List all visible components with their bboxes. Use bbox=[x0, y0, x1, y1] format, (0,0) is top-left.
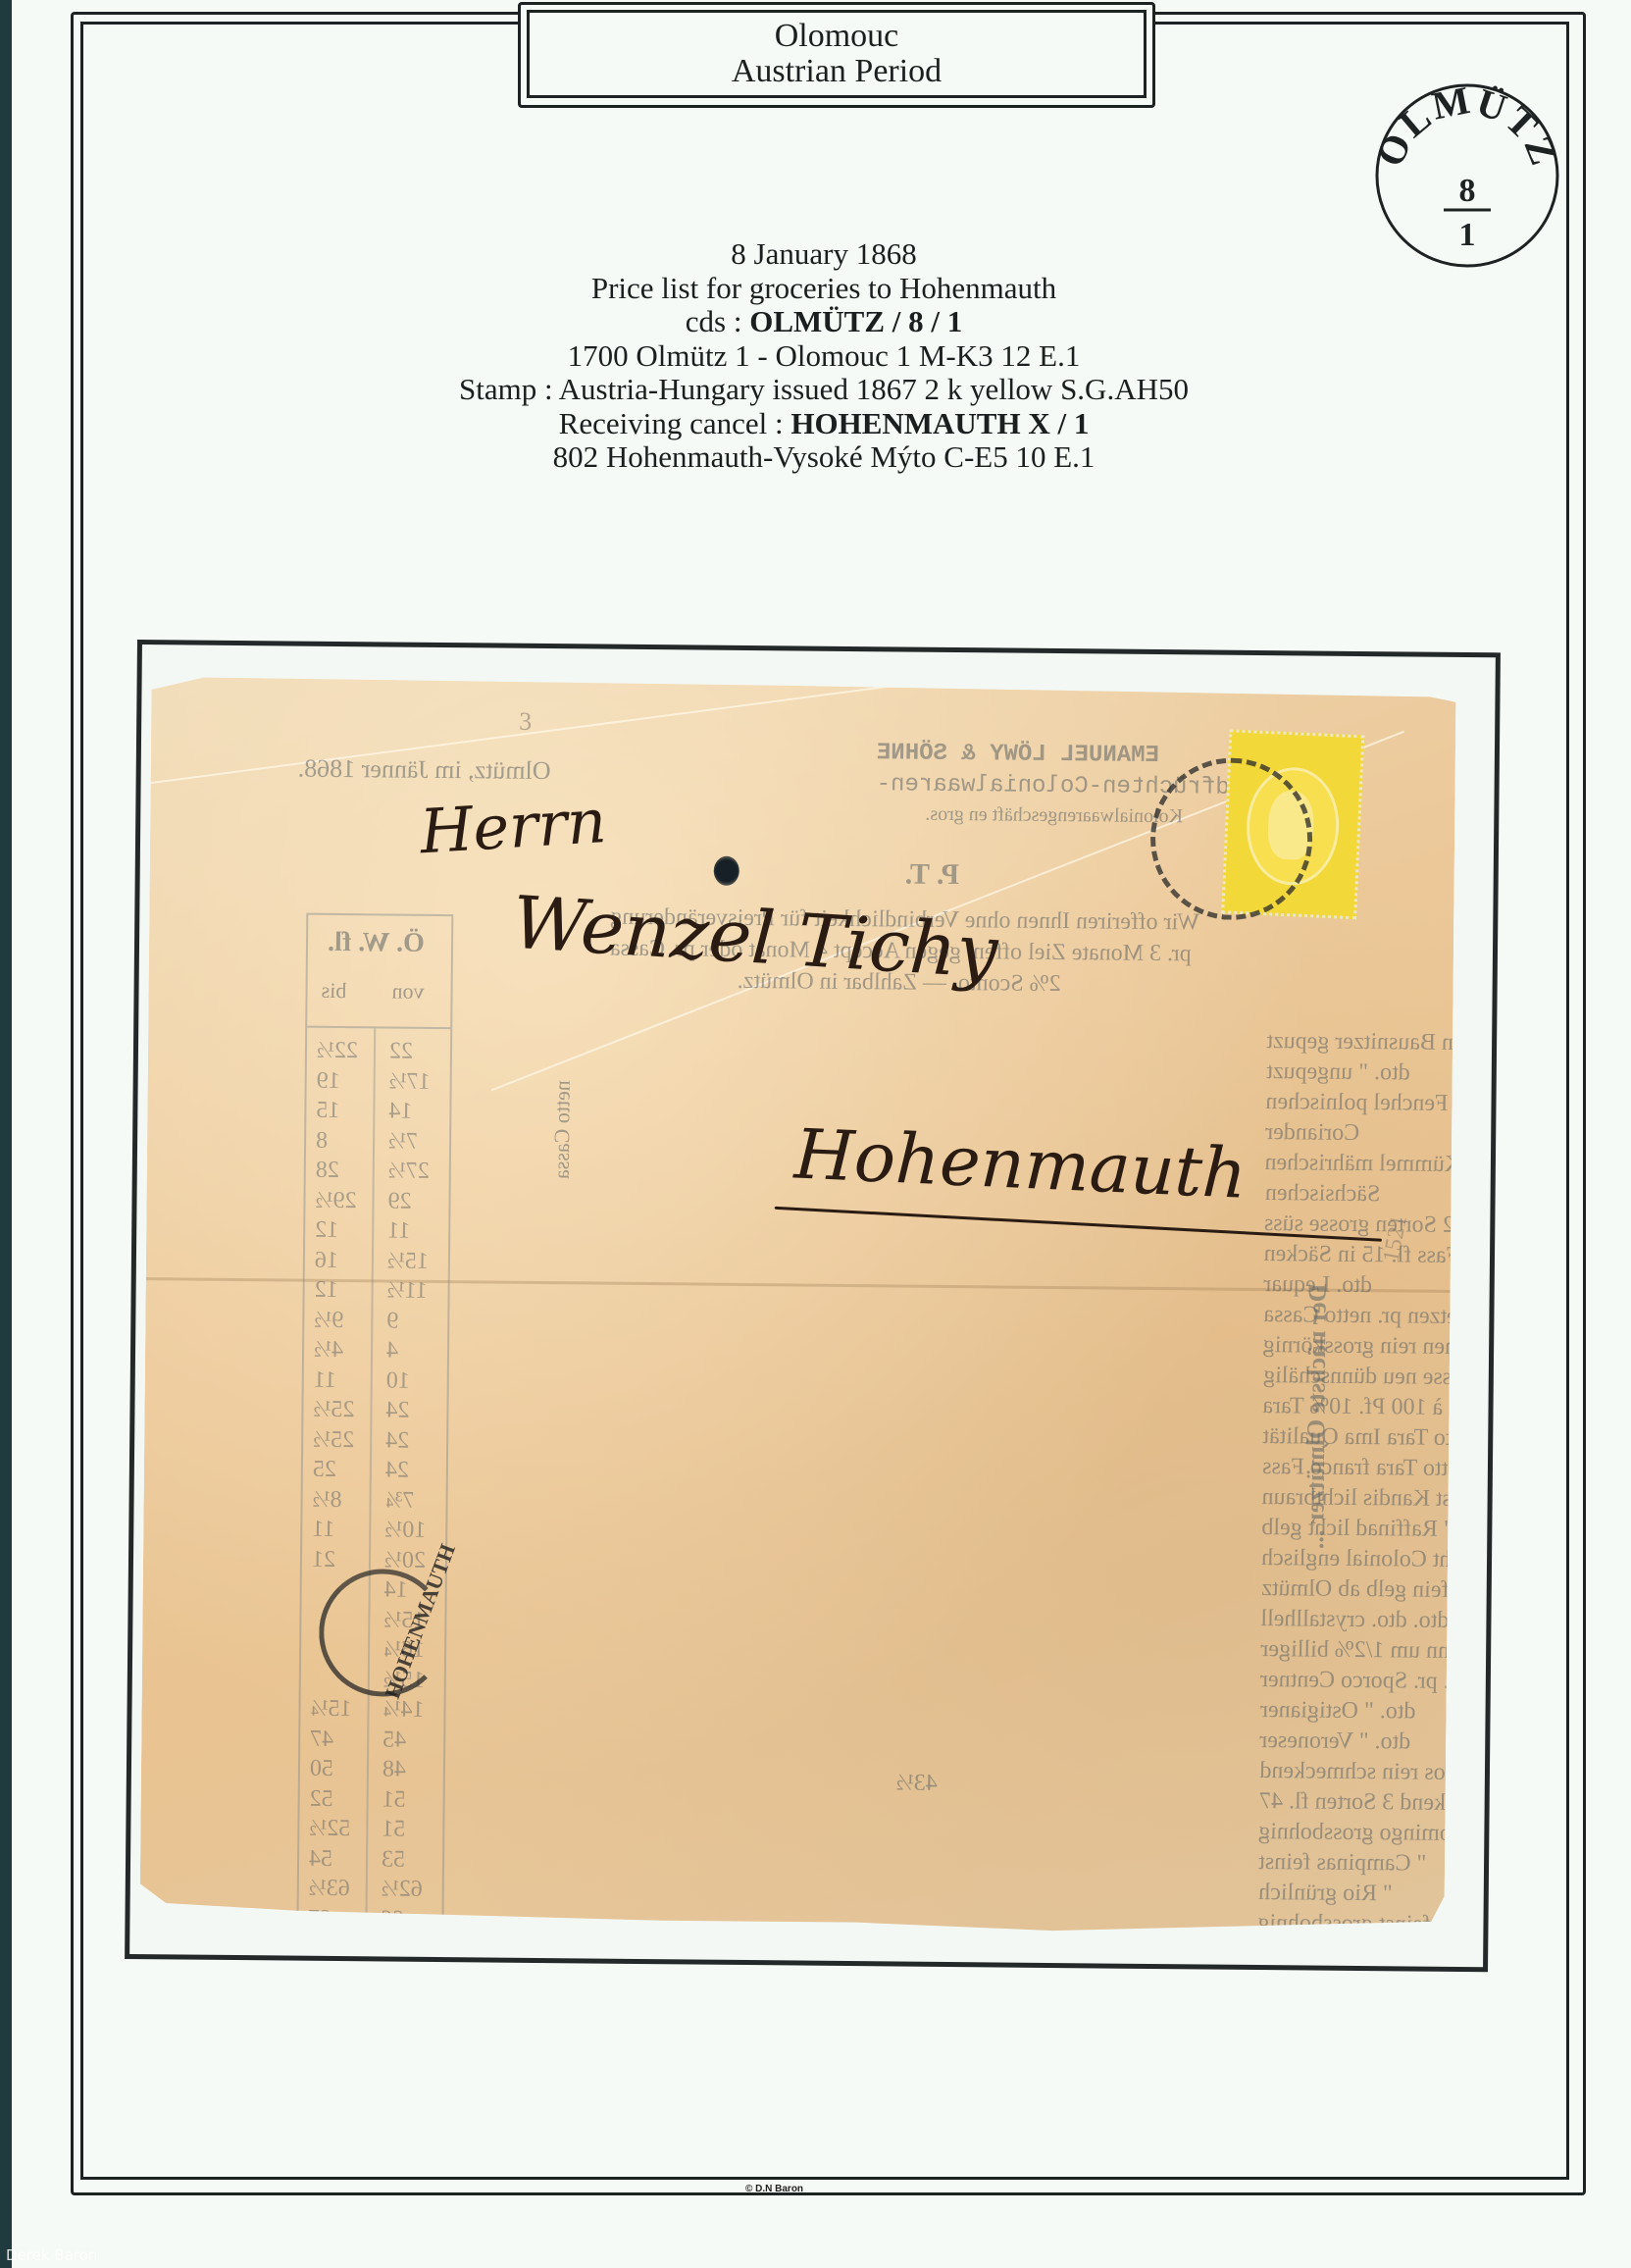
cover-item: Price list for groceries to Hohenmauth bbox=[255, 272, 1393, 306]
price-von-cell: 24 bbox=[385, 1397, 409, 1423]
price-list-line: " Campinas feinst bbox=[1258, 1849, 1426, 1878]
price-von-cell: 51 bbox=[382, 1816, 405, 1842]
price-von-cell: 11 bbox=[387, 1217, 410, 1244]
price-bis-cell: 54 bbox=[309, 1845, 332, 1872]
printed-place-date: Olmütz, im Jänner 1868. bbox=[298, 754, 551, 786]
price-list-line: Hanfsaamen rein grosskörnig bbox=[1263, 1332, 1456, 1362]
price-bis-cell: 12 bbox=[315, 1217, 338, 1244]
price-bis-cell: 21 bbox=[312, 1546, 335, 1572]
price-table-header: Ö. W. fl. von bis bbox=[307, 915, 451, 1029]
price-list-line: " Java bbox=[1257, 1940, 1315, 1947]
ink-blot bbox=[714, 856, 739, 886]
price-list-line: " Rio grünlich bbox=[1258, 1880, 1393, 1907]
price-list-line: Mohn pr. österr. Metzen pr. netto Cassa bbox=[1263, 1302, 1455, 1332]
price-von-cell: 51 bbox=[382, 1786, 406, 1813]
price-list-line: Honig licht gelb, fein in Fässeln à 100 … bbox=[1262, 1393, 1455, 1424]
price-von-cell: 14 bbox=[388, 1098, 412, 1124]
price-von-cell: 62½ bbox=[382, 1876, 423, 1902]
price-von-cell: 45 bbox=[382, 1727, 406, 1753]
price-von-cell: 66 bbox=[381, 1906, 404, 1933]
title-box: Olomouc Austrian Period bbox=[527, 10, 1147, 98]
price-table-col-bis: bis bbox=[321, 978, 346, 1004]
price-von-cell: 10½ bbox=[384, 1517, 426, 1543]
price-list-line: " Colombo feinst grossbohnig bbox=[1257, 1910, 1455, 1939]
price-von-cell: 10 bbox=[386, 1367, 410, 1394]
price-table-currency: Ö. W. fl. bbox=[328, 927, 425, 959]
watermark: Derek Baron bbox=[6, 2246, 97, 2264]
price-list-cover: EMANUEL LÖWY & SÖHNE Sudfrüchten-Colonia… bbox=[139, 664, 1455, 1947]
price-bis-cell: 28 bbox=[316, 1158, 339, 1184]
column-label: netto Cassa bbox=[549, 1080, 576, 1179]
cover-description: 8 January 1868 Price list for groceries … bbox=[255, 237, 1393, 475]
handwritten-destination: Hohenmauth bbox=[792, 1113, 1248, 1213]
cover-scan-frame: EMANUEL LÖWY & SÖHNE Sudfrüchten-Colonia… bbox=[125, 640, 1501, 1972]
price-list-line: Kümmel mährischen bbox=[1265, 1150, 1456, 1178]
price-list-line: Reis extrafein florettoo. pr. Sporco Cen… bbox=[1260, 1667, 1456, 1697]
price-list-line: dto. " Veroneser bbox=[1259, 1727, 1410, 1755]
post-office-line: 1700 Olmütz 1 - Olomouc 1 M-K3 12 E.1 bbox=[255, 339, 1393, 374]
price-bis-cell: 11 bbox=[314, 1366, 336, 1393]
page-subtitle: Austrian Period bbox=[732, 54, 942, 89]
price-von-cell: 48 bbox=[382, 1756, 406, 1782]
price-von-cell: 24 bbox=[385, 1457, 409, 1483]
price-bis-cell: 19 bbox=[317, 1067, 340, 1094]
svg-text:OLMÜTZ: OLMÜTZ bbox=[1373, 81, 1561, 173]
receiving-value: HOHENMAUTH X / 1 bbox=[790, 406, 1089, 440]
price-table: Ö. W. fl. von bis 2222½17½1914157½827½28… bbox=[296, 913, 453, 1934]
price-bis-cell: 4½ bbox=[314, 1337, 343, 1364]
price-bis-cell: 63½ bbox=[309, 1876, 350, 1902]
price-bis-cell: 67 bbox=[308, 1905, 331, 1932]
price-bis-cell: 25½ bbox=[313, 1397, 354, 1423]
price-list-line: dto. Kartoffel fein gelb ab Olmütz bbox=[1261, 1575, 1456, 1605]
price-list-line: Syrup feinst Kandis lichtbraun bbox=[1262, 1484, 1456, 1514]
receiving-cancel-line: Receiving cancel : HOHENMAUTH X / 1 bbox=[255, 407, 1393, 441]
price-extra-value: 43½ bbox=[896, 1770, 938, 1796]
price-bis-cell: 8½ bbox=[312, 1486, 341, 1513]
price-bis-cell: 9½ bbox=[314, 1307, 343, 1333]
price-bis-cell: 50 bbox=[310, 1756, 333, 1782]
price-von-cell: 27½ bbox=[388, 1158, 430, 1184]
price-list-line: dto. dto. ab Zwittau, Pardubitz u. Brünn… bbox=[1260, 1636, 1456, 1668]
price-von-cell: 22 bbox=[389, 1038, 413, 1064]
cds-postmark-illustration: OLMÜTZ 8 1 bbox=[1373, 81, 1561, 270]
olmutz-cancel-mark bbox=[1149, 757, 1313, 921]
price-bis-cell: 52 bbox=[310, 1785, 333, 1812]
price-bis-cell: 16 bbox=[315, 1247, 338, 1273]
price-list-line: dto. " Raffinad licht gelb bbox=[1261, 1515, 1455, 1543]
price-bis-cell: 25½ bbox=[313, 1426, 354, 1453]
cds-value: OLMÜTZ / 8 / 1 bbox=[749, 304, 962, 338]
price-bis-cell: 15 bbox=[316, 1098, 339, 1124]
price-list-line: " Domingo grossbohnig bbox=[1258, 1819, 1455, 1847]
price-list-line: dto. dto. crystallhell bbox=[1260, 1606, 1449, 1634]
price-von-cell: 11½ bbox=[387, 1277, 428, 1304]
price-list-line: " Capitanias rein schmeckend 3 Sorten fl… bbox=[1259, 1788, 1456, 1819]
copyright-footer: © D.N Baron bbox=[745, 2184, 803, 2194]
handwritten-herrn: Herrn bbox=[418, 785, 608, 867]
printed-firm-name: EMANUEL LÖWY & SÖHNE bbox=[877, 740, 1159, 769]
price-bis-cell: 8 bbox=[316, 1127, 328, 1154]
receiving-label: Receiving cancel : bbox=[559, 406, 791, 440]
price-list-line: dto. " ungepuzt bbox=[1266, 1058, 1410, 1086]
price-list-line: dto. in Fässeln 3—400 Netto Tara Ima Qua… bbox=[1262, 1423, 1456, 1454]
price-von-cell: 29 bbox=[387, 1188, 411, 1214]
printed-firm-line3: Kolonialwaarengeschäft en gros. bbox=[925, 803, 1183, 829]
price-bis-cell: 11 bbox=[312, 1517, 334, 1543]
cds-town-text: OLMÜTZ bbox=[1373, 81, 1561, 173]
handwritten-addressee: Wenzel Tichy bbox=[510, 881, 1000, 996]
price-von-cell: 15½ bbox=[387, 1248, 429, 1274]
cds-day-text: 8 bbox=[1459, 173, 1476, 209]
price-list-line: Sächsischen bbox=[1265, 1180, 1381, 1208]
price-bis-cell: 25 bbox=[313, 1457, 336, 1483]
side-margin-text: Der nächste Olmützer ... bbox=[1300, 1283, 1333, 1549]
price-list-line: Wachshonig feinst lichtgelb netto Tara f… bbox=[1262, 1454, 1456, 1485]
price-bis-cell: 47 bbox=[310, 1726, 333, 1752]
price-bis-cell: 22½ bbox=[317, 1038, 358, 1064]
receiving-office-line: 802 Hohenmauth-Vysoké Mýto C-E5 10 E.1 bbox=[255, 440, 1393, 475]
printed-salutation: P. T. bbox=[905, 858, 960, 893]
price-list-line: dto. " Ostigianer bbox=[1259, 1697, 1415, 1726]
printed-price-list: Anois neuen Bausnitzer gepuztdto. " unge… bbox=[152, 664, 1456, 677]
price-list-line: Nüsse neu dünnschälig bbox=[1263, 1363, 1456, 1391]
price-bis-cell: 52½ bbox=[309, 1816, 350, 1842]
page-title: Olomouc bbox=[775, 19, 899, 54]
price-list-line: Fenchel polnischen bbox=[1265, 1089, 1448, 1117]
price-list-line: Coriander bbox=[1265, 1119, 1359, 1147]
price-von-cell: 17½ bbox=[389, 1068, 431, 1095]
price-von-cell: 4 bbox=[386, 1337, 398, 1364]
price-von-cell: 24 bbox=[385, 1427, 409, 1454]
price-list-line: Caffee. Santos rein schmeckend bbox=[1259, 1758, 1456, 1787]
price-bis-cell: 12 bbox=[315, 1277, 338, 1304]
price-list-line: Anois neuen Bausnitzer gepuzt bbox=[1266, 1028, 1456, 1057]
cover-date: 8 January 1868 bbox=[255, 237, 1393, 272]
scan-edge-strip bbox=[0, 0, 12, 2268]
stamp-line: Stamp : Austria-Hungary issued 1867 2 k … bbox=[255, 373, 1393, 407]
cds-month-text: 1 bbox=[1459, 217, 1476, 253]
cds-label: cds : bbox=[686, 304, 749, 338]
price-von-cell: 53 bbox=[382, 1846, 405, 1873]
pencil-note: 3 bbox=[519, 707, 532, 737]
price-von-cell: 7¾ bbox=[384, 1487, 414, 1514]
price-list-line: dto. " echt Colonial englisch bbox=[1261, 1545, 1456, 1574]
price-bis-cell: 15¼ bbox=[310, 1696, 351, 1723]
price-list-line: dto. türkisch Ima feinst in Fass fl. 15 … bbox=[1264, 1241, 1456, 1271]
price-table-col-von: von bbox=[391, 979, 424, 1005]
price-von-cell: 7½ bbox=[388, 1128, 418, 1155]
price-bis-cell: 29½ bbox=[315, 1187, 356, 1213]
price-von-cell: 9 bbox=[386, 1308, 398, 1334]
cds-line: cds : OLMÜTZ / 8 / 1 bbox=[255, 305, 1393, 339]
